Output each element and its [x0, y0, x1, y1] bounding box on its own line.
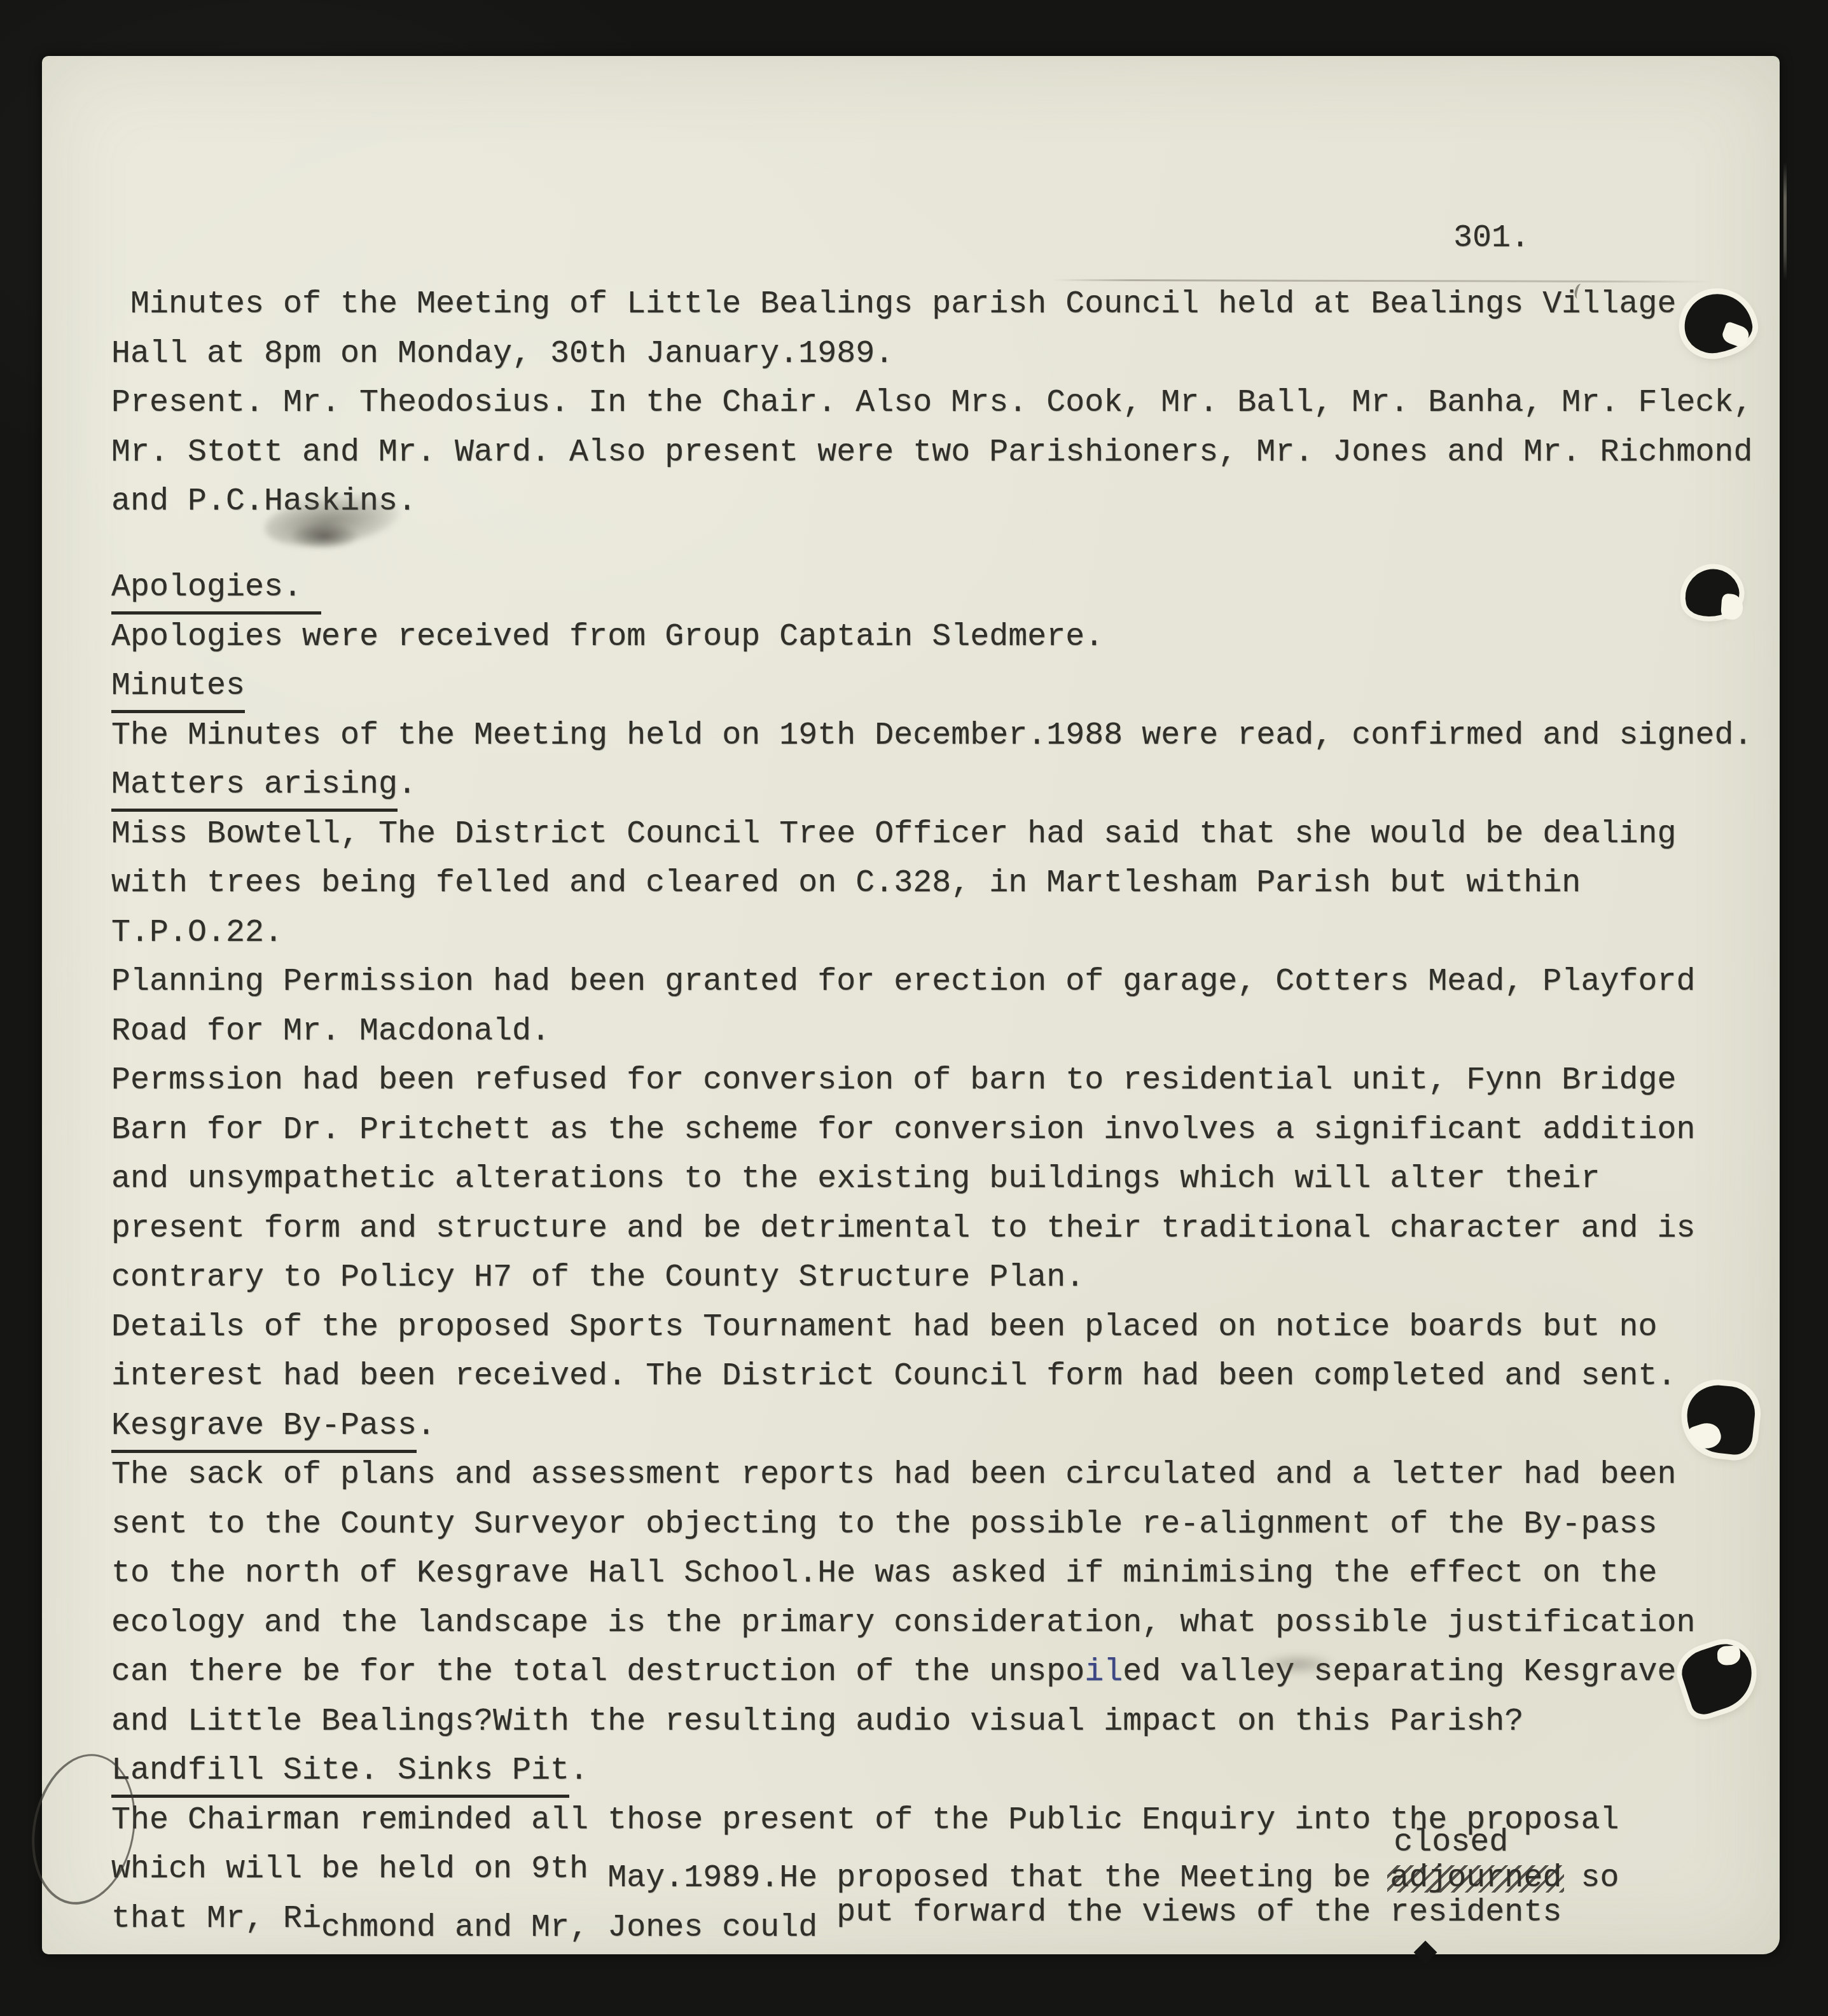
text-segment: Permssion had been refused for conversio…	[111, 1062, 1676, 1099]
text-line: Apologies were received from Group Capta…	[111, 613, 1752, 662]
text-segment: T.P.O.22.	[111, 915, 283, 951]
text-line: The Minutes of the Meeting held on 19th …	[111, 711, 1752, 761]
text-segment: and Little Bealings?With the resulting a…	[111, 1704, 1523, 1740]
text-line: Minutes of the Meeting of Little Bealing…	[111, 280, 1752, 330]
text-segment: Details of the proposed Sports Tournamen…	[111, 1309, 1657, 1345]
kesgrave-bypass-heading: Kesgrave By-Pass.	[111, 1401, 1752, 1451]
text-line: Details of the proposed Sports Tournamen…	[111, 1303, 1752, 1352]
text-line: to the north of Kesgrave Hall School.He …	[111, 1549, 1752, 1599]
text-segment: put forward the views of the residents	[836, 1894, 1561, 1931]
scan-background: 301. Minutes of the Meeting of Little Be…	[0, 0, 1828, 2016]
text-segment: May.1989.He proposed that the Meeting be	[607, 1860, 1390, 1896]
text-segment: Minutes	[111, 668, 245, 713]
text-segment: Road for Mr. Macdonald.	[111, 1013, 550, 1050]
text-segment: contrary to Policy H7 of the County Stru…	[111, 1260, 1084, 1296]
text-segment: Miss Bowtell, The District Council Tree …	[111, 816, 1676, 852]
minutes-heading: Minutes	[111, 662, 1752, 711]
text-segment: Matters arising	[111, 767, 398, 812]
text-line: Planning Permission had been granted for…	[111, 957, 1752, 1007]
struck-word: adjournedclosed	[1390, 1860, 1561, 1896]
text-segment: Minutes of the Meeting of Little Bealing…	[111, 286, 1676, 323]
text-line: ecology and the landscape is the primary…	[111, 1599, 1752, 1648]
text-segment: ed valley separating Kesgrave	[1123, 1654, 1676, 1690]
text-line: interest had been received. The District…	[111, 1352, 1752, 1401]
text-segment: interest had been received. The District…	[111, 1358, 1676, 1394]
text-segment: present form and structure and be detrim…	[111, 1211, 1695, 1247]
text-line: Barn for Dr. Pritchett as the scheme for…	[111, 1106, 1752, 1155]
text-line: T.P.O.22.	[111, 908, 1752, 958]
text-segment: to the north of Kesgrave Hall School.He …	[111, 1555, 1657, 1592]
text-line: Mr. Stott and Mr. Ward. Also present wer…	[111, 428, 1752, 478]
text-segment: can there be for the total destruction o…	[111, 1654, 1084, 1690]
text-segment: that Mr, Ri	[111, 1901, 321, 1937]
text-segment: Mr. Stott and Mr. Ward. Also present wer…	[111, 434, 1752, 471]
text-segment: Apologies.	[111, 569, 321, 615]
text-segment: Landfill Site. Sinks Pit	[111, 1753, 569, 1798]
text-line: present form and structure and be detrim…	[111, 1204, 1752, 1254]
text-line: that Mr, Richmond and Mr, Jones could pu…	[111, 1894, 1752, 1944]
text-segment: Apologies were received from Group Capta…	[111, 619, 1104, 655]
text-segment: Planning Permission had been granted for…	[111, 964, 1695, 1000]
text-segment: ecology and the landscape is the primary…	[111, 1605, 1695, 1641]
text-segment: The Chairman reminded all those present …	[111, 1802, 1619, 1839]
text-segment: which will be held on 9th	[111, 1851, 607, 1887]
text-line: contrary to Policy H7 of the County Stru…	[111, 1253, 1752, 1303]
text-segment: .	[417, 1408, 436, 1444]
text-segment: and unsympathetic alterations to the exi…	[111, 1161, 1600, 1197]
scan-scratch	[1783, 162, 1787, 280]
text-segment: Barn for Dr. Pritchett as the scheme for…	[111, 1112, 1695, 1148]
text-line: Permssion had been refused for conversio…	[111, 1056, 1752, 1106]
text-segment: il	[1084, 1654, 1123, 1690]
typed-correction-above: closed	[1394, 1825, 1508, 1861]
text-segment: so	[1561, 1860, 1619, 1896]
text-block: Minutes of the Meeting of Little Bealing…	[111, 280, 1752, 527]
page-number: 301.	[1453, 220, 1530, 256]
text-line: which will be held on 9th May.1989.He pr…	[111, 1845, 1752, 1894]
text-segment: The sack of plans and assessment reports…	[111, 1457, 1676, 1493]
text-line: Hall at 8pm on Monday, 30th January.1989…	[111, 330, 1752, 379]
text-segment: sent to the County Surveyor objecting to…	[111, 1506, 1657, 1543]
text-line: and Little Bealings?With the resulting a…	[111, 1697, 1752, 1747]
text-segment: Hall at 8pm on Monday, 30th January.1989…	[111, 336, 894, 372]
text-line: and P.C.Haskins.	[111, 477, 1752, 527]
text-segment: .	[569, 1753, 588, 1789]
text-line: with trees being felled and cleared on C…	[111, 859, 1752, 908]
text-segment: with trees being felled and cleared on C…	[111, 865, 1581, 901]
text-block: Apologies. Apologies were received from …	[111, 563, 1752, 1943]
text-line: The sack of plans and assessment reports…	[111, 1450, 1752, 1500]
text-line: Road for Mr. Macdonald.	[111, 1007, 1752, 1057]
text-line: and unsympathetic alterations to the exi…	[111, 1155, 1752, 1204]
text-line: can there be for the total destruction o…	[111, 1648, 1752, 1697]
apologies-heading: Apologies.	[111, 563, 1752, 613]
text-segment: and P.C.Haskins.	[111, 483, 417, 520]
text-segment: The Minutes of the Meeting held on 19th …	[111, 718, 1752, 754]
text-segment: .	[398, 767, 417, 803]
text-segment: Kesgrave By-Pass	[111, 1408, 417, 1453]
text-line: sent to the County Surveyor objecting to…	[111, 1500, 1752, 1550]
text-line: Present. Mr. Theodosius. In the Chair. A…	[111, 379, 1752, 428]
text-segment: Present. Mr. Theodosius. In the Chair. A…	[111, 385, 1752, 421]
matters-arising-heading: Matters arising.	[111, 760, 1752, 810]
text-line: Miss Bowtell, The District Council Tree …	[111, 810, 1752, 859]
landfill-heading: Landfill Site. Sinks Pit.	[111, 1746, 1752, 1796]
text-segment: chmond and Mr, Jones could	[321, 1910, 836, 1946]
